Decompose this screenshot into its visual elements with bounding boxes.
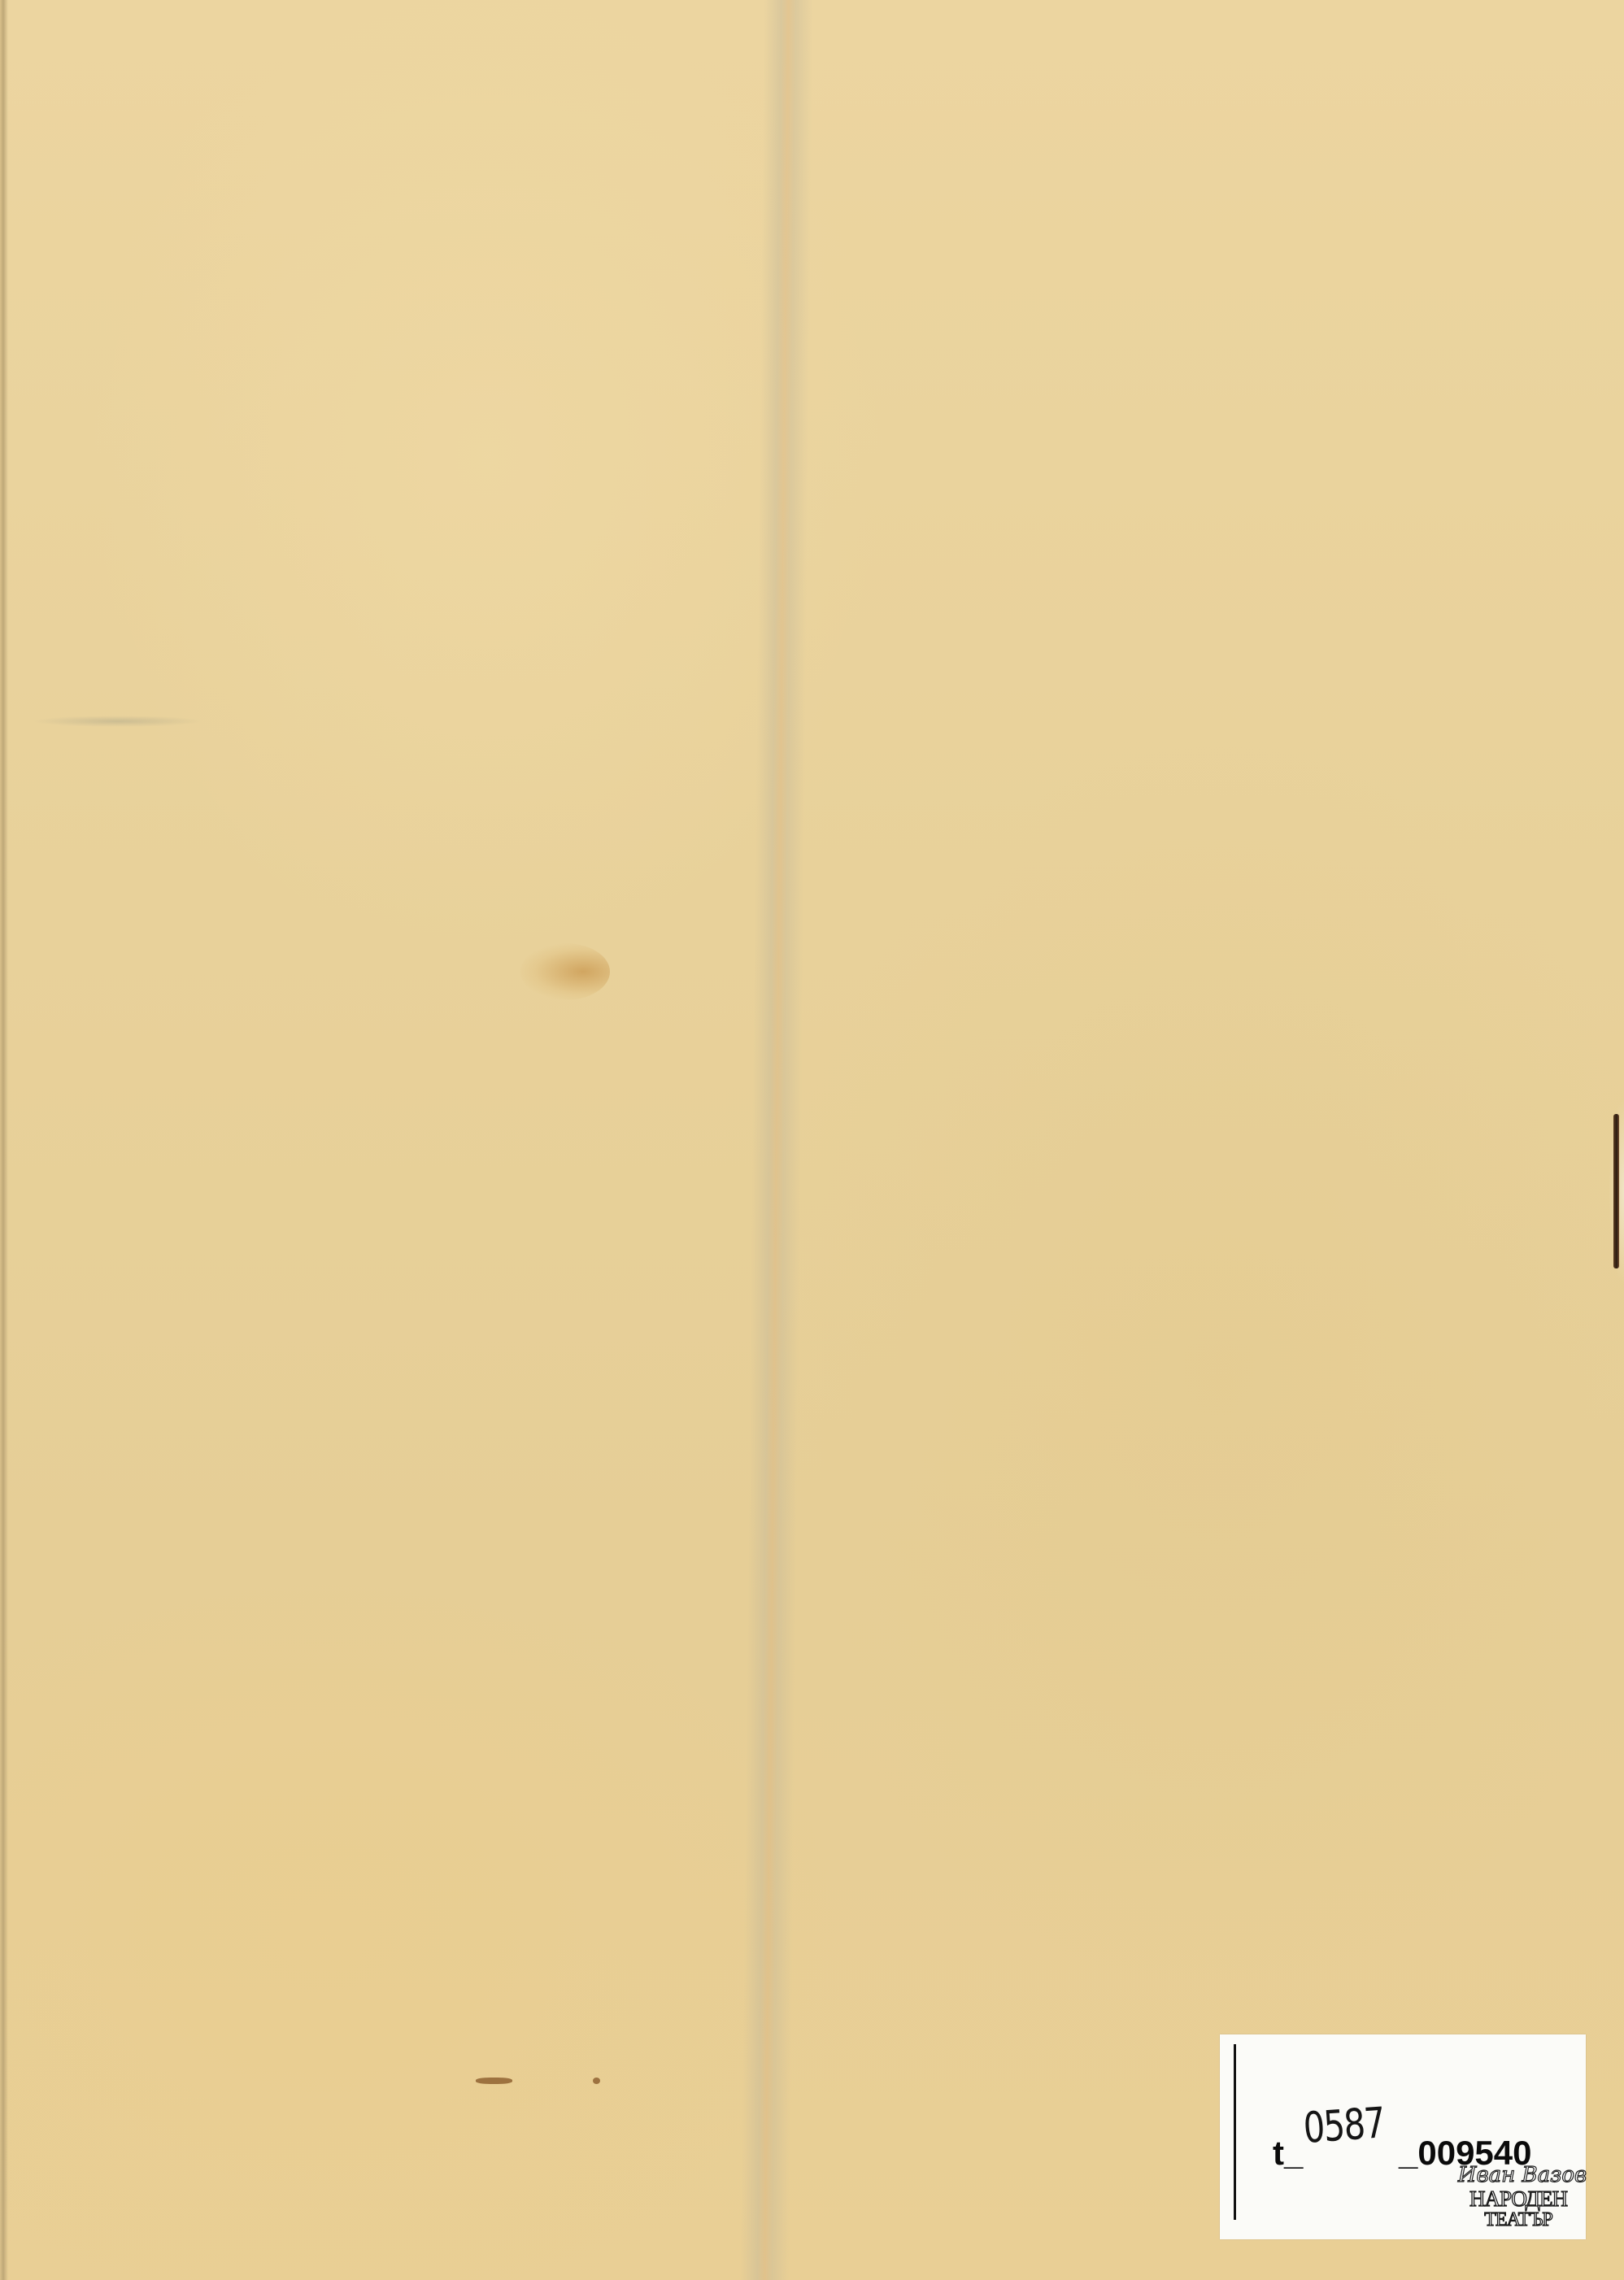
ink-speck <box>476 2078 512 2084</box>
center-fold-crease <box>740 0 812 2280</box>
rust-stain <box>520 943 610 1000</box>
binding-tab <box>1613 1114 1619 1268</box>
code-prefix: t_ <box>1273 2134 1303 2173</box>
paper-page: t_ 0587 _009540 Иван Вазов НАРОДЕН ТЕАТЪ… <box>0 0 1624 2280</box>
ink-dot <box>593 2078 600 2084</box>
code-handwritten-number: 0587 <box>1302 2099 1386 2153</box>
national-theatre-logo: Иван Вазов НАРОДЕН ТЕАТЪР <box>1449 2163 1587 2244</box>
archive-label: t_ 0587 _009540 Иван Вазов НАРОДЕН ТЕАТЪ… <box>1220 2034 1586 2239</box>
code-separator: _ <box>1399 2134 1417 2172</box>
page-left-edge <box>0 0 8 2280</box>
logo-line-2: ТЕАТЪР <box>1449 2210 1587 2230</box>
logo-line-1: НАРОДЕН <box>1449 2187 1587 2210</box>
logo-signature: Иван Вазов <box>1457 2163 1587 2187</box>
label-margin-bar <box>1234 2044 1236 2220</box>
pencil-smudge <box>33 716 203 727</box>
archive-code: t_ 0587 _009540 <box>1273 2099 1582 2165</box>
